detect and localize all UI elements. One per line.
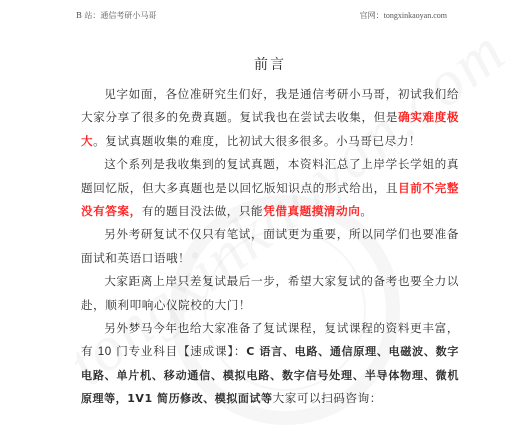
paragraph-3: 另外考研复试不仅只有笔试，面试更为重要，所以同学们也要准备面试和英语口语哦！ [81,223,459,270]
paragraph-text: 大家可以扫码咨询： [273,391,382,405]
paragraph-text: 有的题目没法做，只能 [142,204,263,218]
paragraph-text: 。 [360,204,372,218]
paragraph-text: 大家距离上岸只差复试最后一步，希望大家复试的备考也要全力以赴，顺利叩响心仪院校的… [81,274,459,311]
page-header: B 站：通信考研小马哥 官网：tongxinkaoyan.com [76,8,447,22]
header-website: 官网：tongxinkaoyan.com [360,10,447,21]
paragraph-number: 10 [98,345,112,358]
paragraph-4: 大家距离上岸只差复试最后一步，希望大家复试的备考也要全力以赴，顺利叩响心仪院校的… [81,270,459,317]
paragraph-text: 另外考研复试不仅只有笔试，面试更为重要，所以同学们也要准备面试和英语口语哦！ [81,227,459,264]
header-website-url: tongxinkaoyan.com [384,11,447,20]
page-title: 前言 [81,54,459,74]
paragraph-1: 见字如面，各位准研究生们好，我是通信考研小马哥，初试我们给大家分享了很多的免费真… [81,83,459,153]
paragraph-text: 。复试真题收集的难度，比初试大很多很多。小马哥已尽力！ [93,134,421,148]
paragraph-2: 这个系列是我收集到的复试真题，本资料汇总了上岸学长学姐的真题回忆版，但大多真题也… [81,153,459,223]
document-page: 前言 见字如面，各位准研究生们好，我是通信考研小马哥，初试我们给大家分享了很多的… [81,54,459,411]
highlight-text: 凭借真题摸清动向 [263,204,360,218]
header-bilibili-label: B 站：通信考研小马哥 [76,10,156,21]
paragraph-5: 另外梦马今年也给大家准备了复试课程，复试课程的资料更丰富，有 10 门专业科目【… [81,317,459,411]
paragraph-text: 门专业科目【速成课】： [112,344,246,358]
header-website-label: 官网： [360,11,384,20]
